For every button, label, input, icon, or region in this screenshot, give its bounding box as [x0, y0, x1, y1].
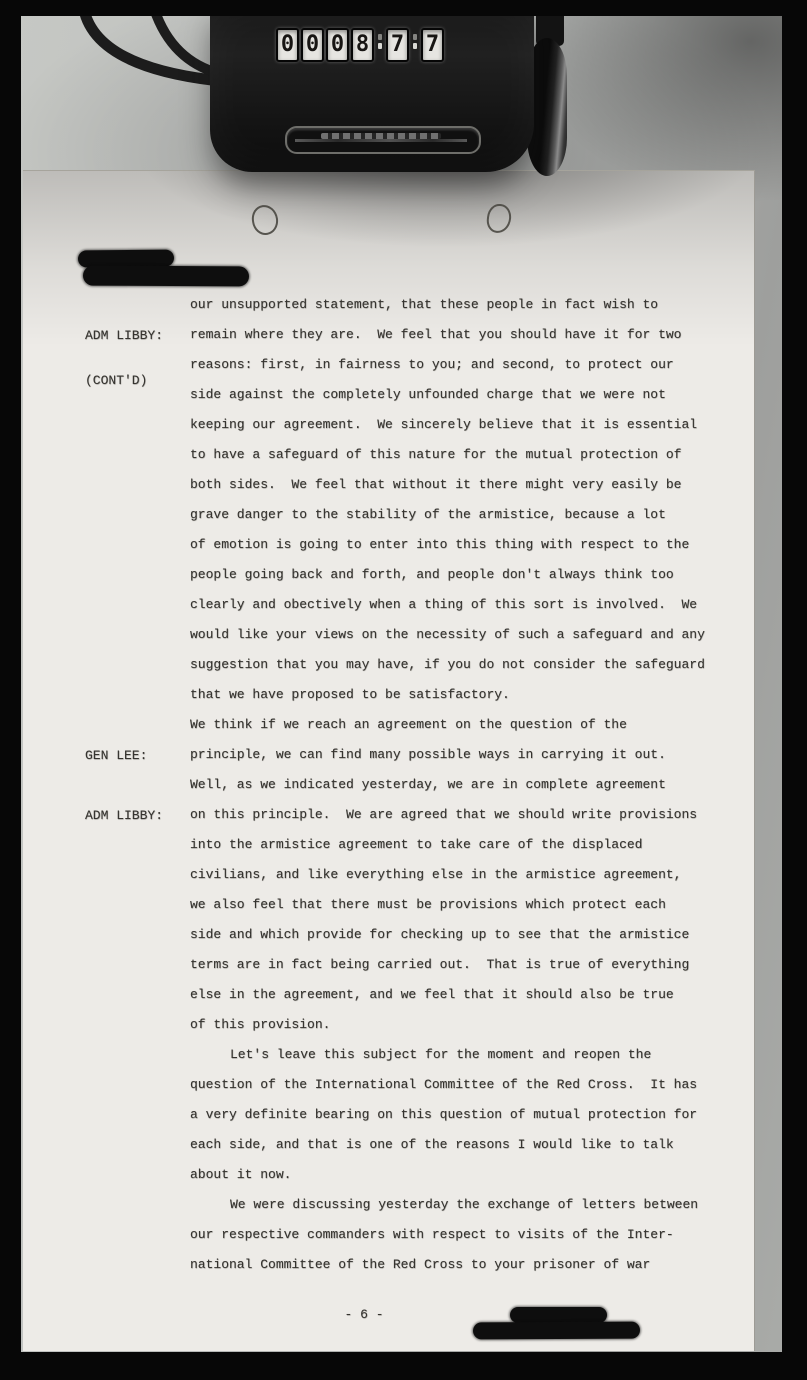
microfilm-scan: 0 0 0 8 7 7 ADM LIBBY: (CONT'D) our un: [0, 0, 807, 1380]
transcript-line: question of the International Committee …: [190, 1070, 754, 1100]
film-frame-bottom: [0, 1352, 807, 1380]
transcript-line: we also feel that there must be provisio…: [190, 890, 754, 920]
speaker-name: GEN LEE:: [85, 748, 163, 763]
counter-digit-row: 0 0 0 8 7 7: [276, 28, 444, 62]
punch-hole-right: [486, 203, 513, 234]
transcript-line: grave danger to the stability of the arm…: [190, 500, 754, 530]
transcript-line: remain where they are. We feel that you …: [190, 320, 754, 350]
digit-separator-dots: [411, 28, 419, 62]
counter-digit: 8: [351, 28, 374, 62]
dialogue-lines: our unsupported statement, that these pe…: [190, 290, 754, 710]
transcript-line: into the armistice agreement to take car…: [190, 830, 754, 860]
counter-digit: 7: [386, 28, 409, 62]
transcript: ADM LIBBY: (CONT'D) our unsupported stat…: [23, 290, 754, 1280]
speaker-contd: (CONT'D): [85, 373, 163, 388]
counter-digit: 0: [301, 28, 324, 62]
dialogue-lines: We think if we reach an agreement on the…: [190, 710, 754, 770]
transcript-line: keeping our agreement. We sincerely beli…: [190, 410, 754, 440]
transcript-line: both sides. We feel that without it ther…: [190, 470, 754, 500]
transcript-line: We were discussing yesterday the exchang…: [190, 1190, 754, 1220]
film-frame-left: [0, 0, 21, 1380]
transcript-line: on this principle. We are agreed that we…: [190, 800, 754, 830]
transcript-line: else in the agreement, and we feel that …: [190, 980, 754, 1010]
film-frame-top: [0, 0, 807, 16]
redaction-bar-bottom-1: [510, 1307, 607, 1323]
transcript-line: each side, and that is one of the reason…: [190, 1130, 754, 1160]
frame-counter: 0 0 0 8 7 7: [210, 4, 534, 172]
dialogue-block: Let's leave this subject for the moment …: [23, 1040, 754, 1190]
speaker-label: ADM LIBBY:: [85, 778, 163, 853]
transcript-line: a very definite bearing on this question…: [190, 1100, 754, 1130]
transcript-line: We think if we reach an agreement on the…: [190, 710, 754, 740]
counter-digit: 7: [421, 28, 444, 62]
counter-digit: 0: [326, 28, 349, 62]
transcript-line: Let's leave this subject for the moment …: [190, 1040, 754, 1070]
transcript-line: clearly and obectively when a thing of t…: [190, 590, 754, 620]
dialogue-block: ADM LIBBY: (CONT'D) our unsupported stat…: [23, 290, 754, 710]
transcript-line: our unsupported statement, that these pe…: [190, 290, 754, 320]
dialogue-block: We were discussing yesterday the exchang…: [23, 1190, 754, 1280]
dialogue-lines: Well, as we indicated yesterday, we are …: [190, 770, 754, 1040]
counter-digit: 0: [276, 28, 299, 62]
punch-hole-left: [250, 203, 280, 236]
transcript-line: civilians, and like everything else in t…: [190, 860, 754, 890]
transcript-line: people going back and forth, and people …: [190, 560, 754, 590]
film-frame-right: [782, 0, 807, 1380]
transcript-line: terms are in fact being carried out. Tha…: [190, 950, 754, 980]
dialogue-block: GEN LEE: We think if we reach an agreeme…: [23, 710, 754, 770]
dialogue-lines: We were discussing yesterday the exchang…: [190, 1190, 754, 1280]
transcript-line: would like your views on the necessity o…: [190, 620, 754, 650]
page-number: - 6 -: [319, 1307, 409, 1322]
transcript-line: that we have proposed to be satisfactory…: [190, 680, 754, 710]
transcript-line: of this provision.: [190, 1010, 754, 1040]
transcript-line: suggestion that you may have, if you do …: [190, 650, 754, 680]
transcript-line: side against the completely unfounded ch…: [190, 380, 754, 410]
transcript-line: Well, as we indicated yesterday, we are …: [190, 770, 754, 800]
counter-nameplate: [285, 126, 481, 154]
speaker-name: ADM LIBBY:: [85, 328, 163, 343]
transcript-line: our respective commanders with respect t…: [190, 1220, 754, 1250]
dialogue-lines: Let's leave this subject for the moment …: [190, 1040, 754, 1190]
redaction-bar-bottom-2: [473, 1322, 640, 1340]
digit-separator-dots: [376, 28, 384, 62]
transcript-line: side and which provide for checking up t…: [190, 920, 754, 950]
transcript-line: to have a safeguard of this nature for t…: [190, 440, 754, 470]
speaker-label: ADM LIBBY: (CONT'D): [85, 298, 163, 418]
transcript-line: about it now.: [190, 1160, 754, 1190]
transcript-line: principle, we can find many possible way…: [190, 740, 754, 770]
transcript-line: of emotion is going to enter into this t…: [190, 530, 754, 560]
document-page: ADM LIBBY: (CONT'D) our unsupported stat…: [23, 170, 755, 1351]
dialogue-block: ADM LIBBY: Well, as we indicated yesterd…: [23, 770, 754, 1040]
transcript-line: reasons: first, in fairness to you; and …: [190, 350, 754, 380]
transcript-line: national Committee of the Red Cross to y…: [190, 1250, 754, 1280]
redaction-bar-top-2: [83, 266, 249, 287]
speaker-name: ADM LIBBY:: [85, 808, 163, 823]
